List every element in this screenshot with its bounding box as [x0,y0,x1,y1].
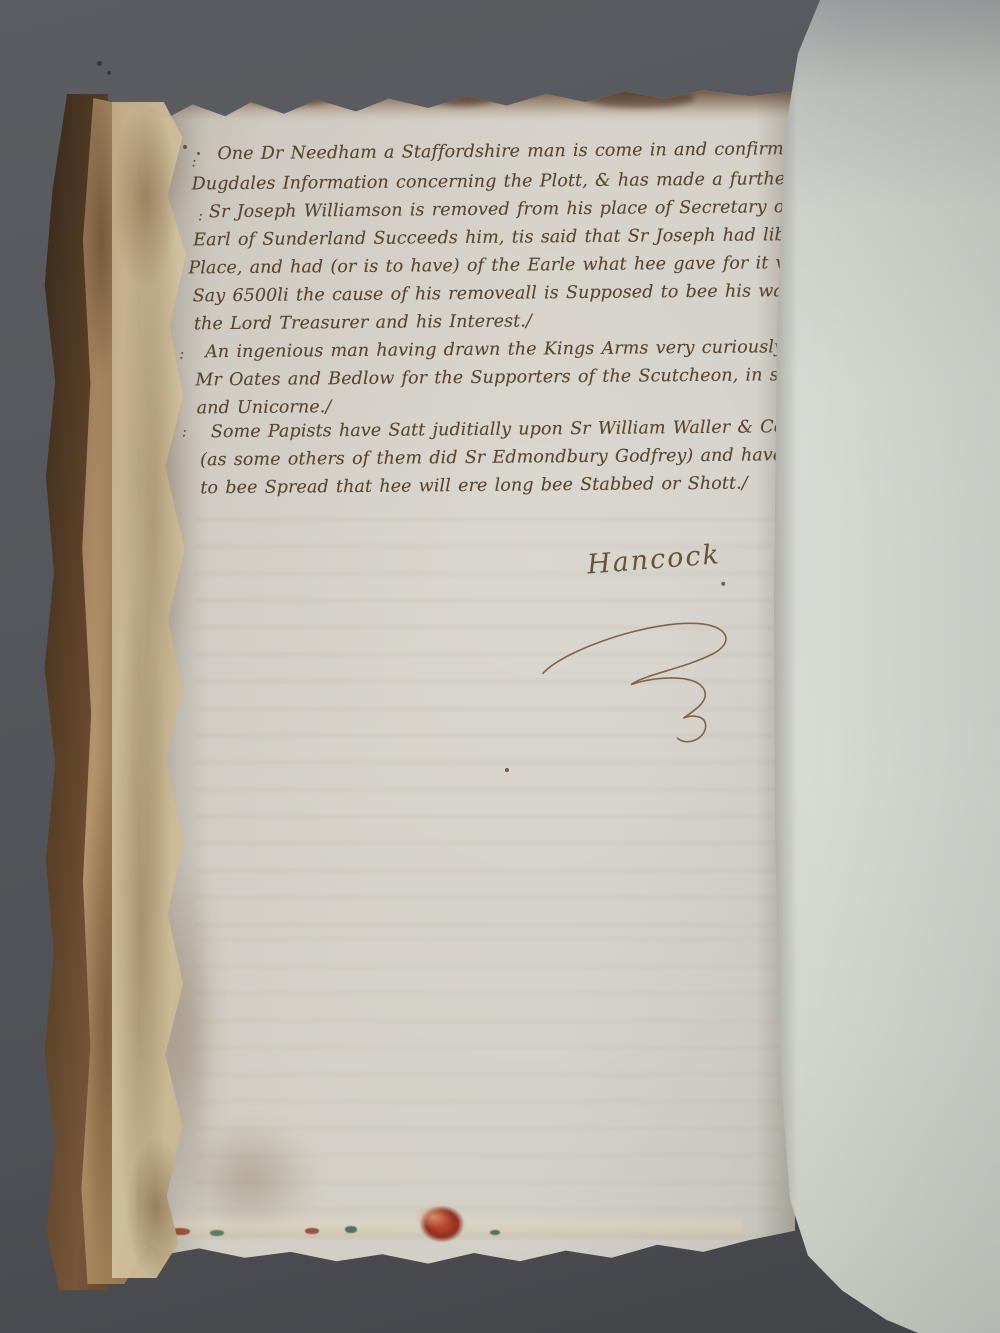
margin-mark: : [182,422,187,440]
binding-torn-layer-inner [112,102,186,1278]
signature: Hancock [586,539,722,580]
margin-mark: : [191,152,196,170]
facing-page-sheen [768,0,1000,1333]
backdrop-speck [97,61,102,66]
manuscript-line: to bee Spread that hee will ere long bee… [200,476,748,498]
manuscript-page: : : : : One Dr Needham a Staffordshire m… [140,88,795,1266]
pen-flourish-icon [534,610,745,757]
manuscript-line: the Lord Treasurer and his Interest./ [194,313,532,333]
photo-stage: : : : : One Dr Needham a Staffordshire m… [0,0,1000,1333]
manuscript-text: : : : : One Dr Needham a Staffordshire m… [135,85,800,1269]
facing-page [768,0,1000,1333]
backdrop-speck [107,71,111,75]
margin-mark: : [198,206,203,224]
signature-dot [721,582,725,586]
margin-mark: : [179,344,184,362]
manuscript-line: and Unicorne./ [197,399,332,418]
manuscript-line: An ingenious man having drawn the Kings … [205,339,864,362]
